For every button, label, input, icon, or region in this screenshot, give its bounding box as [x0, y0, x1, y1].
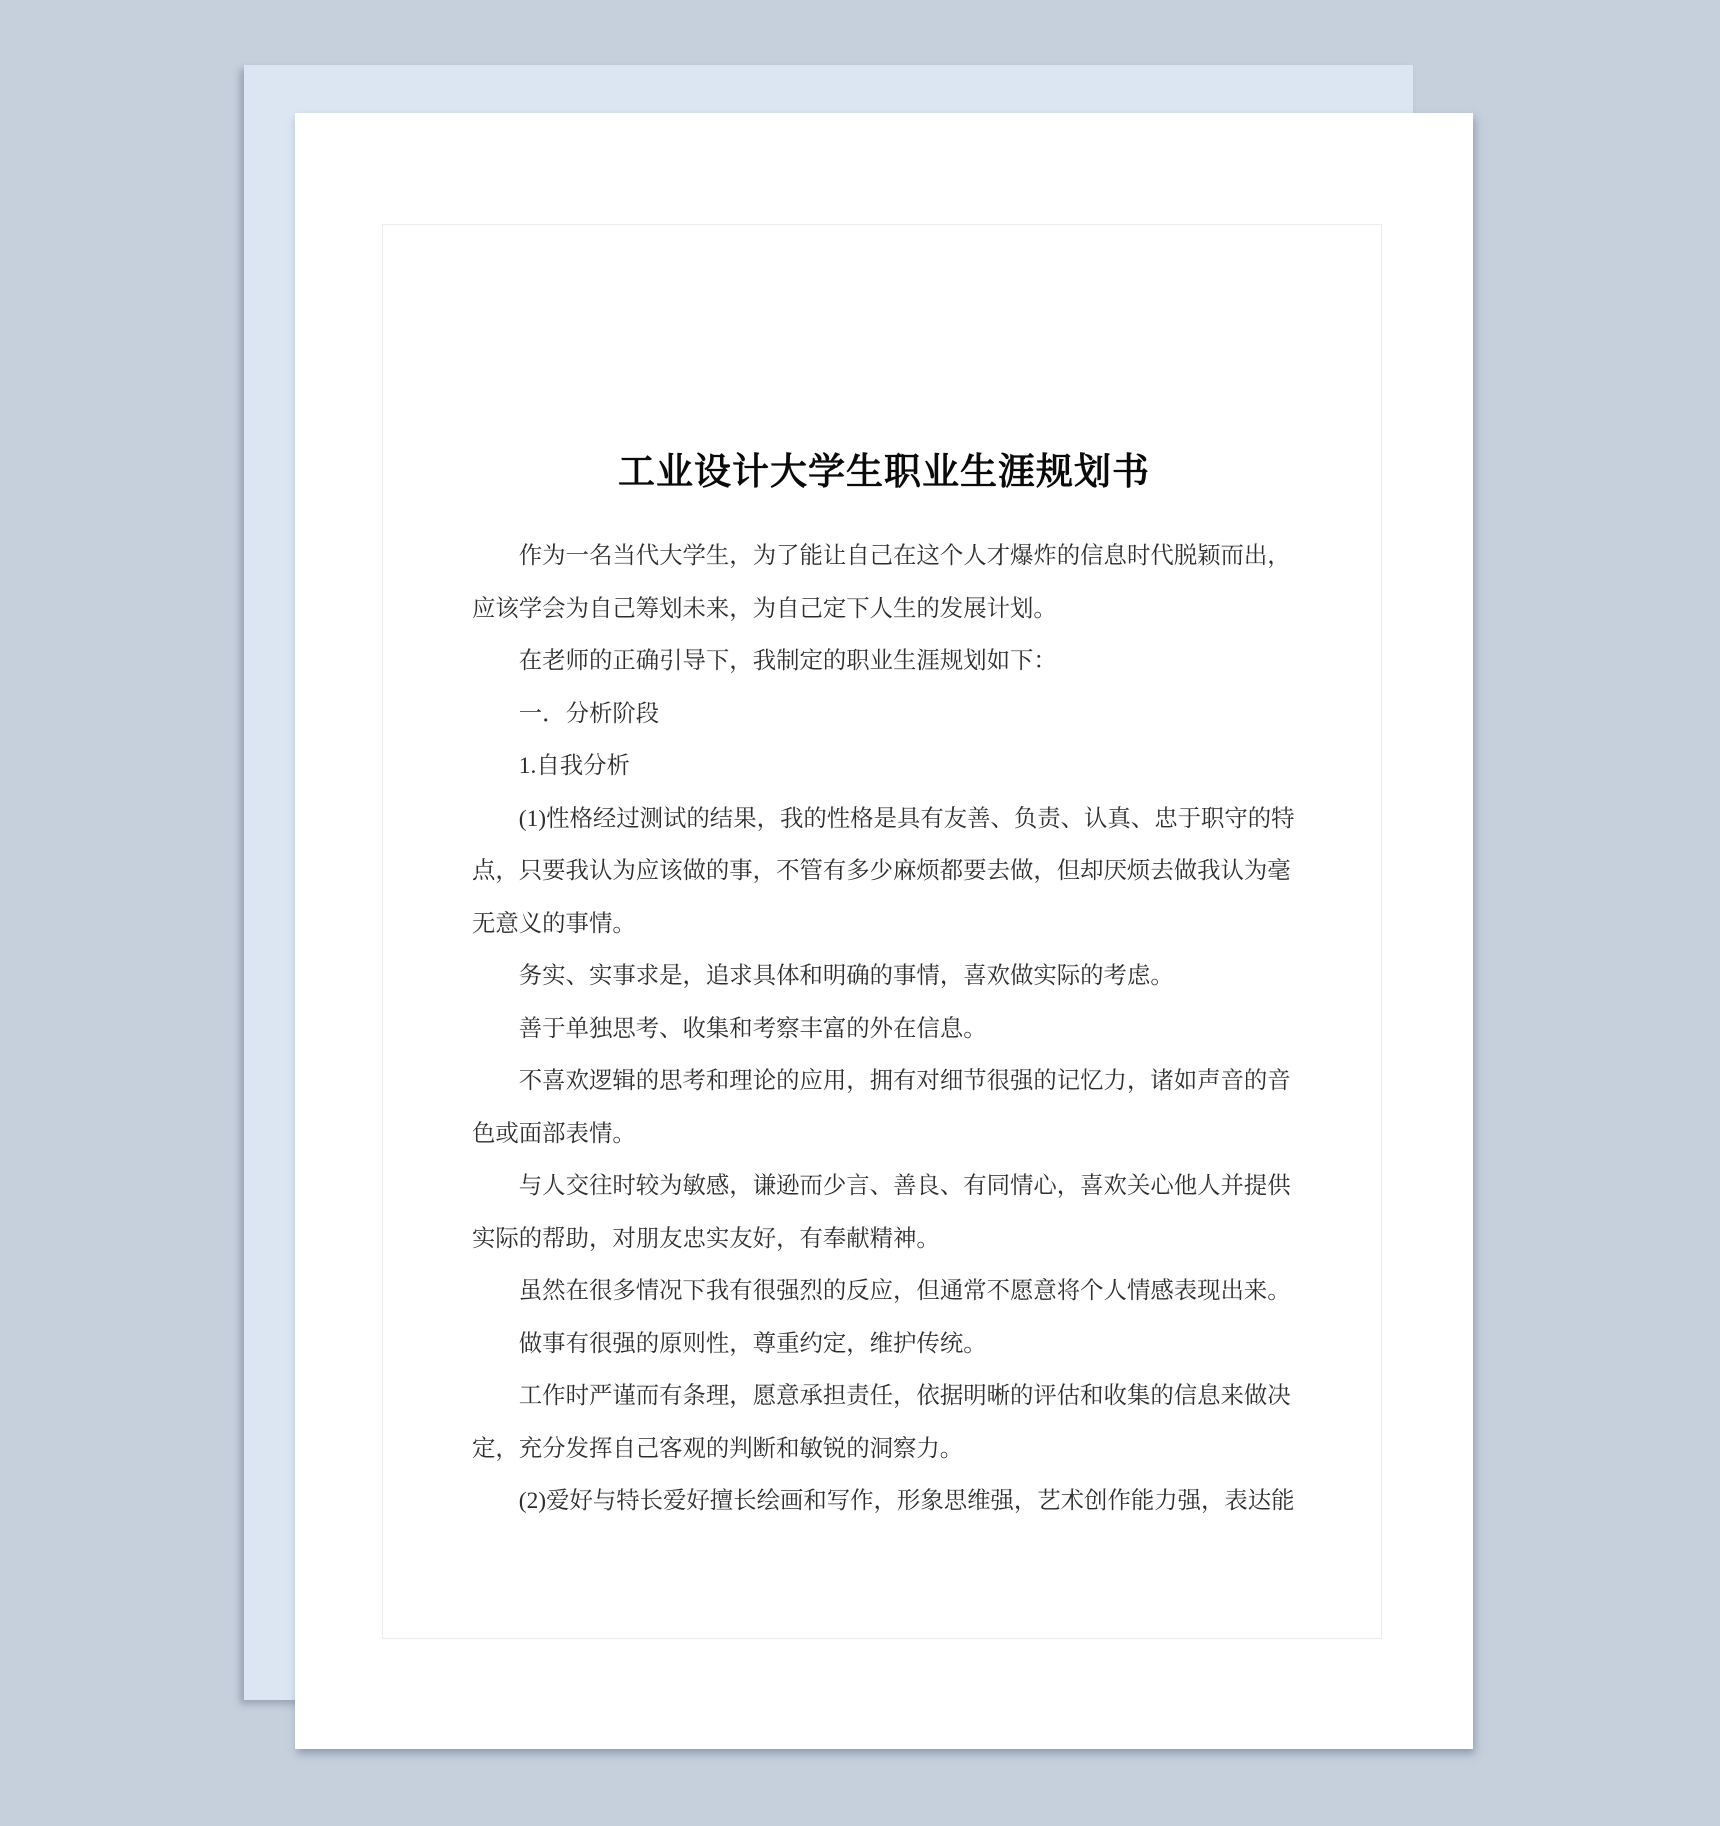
- document-line: 实际的帮助，对朋友忠实友好，有奉献精神。: [472, 1213, 1302, 1266]
- document-page: 工业设计大学生职业生涯规划书 作为一名当代大学生，为了能让自己在这个人才爆炸的信…: [295, 113, 1473, 1749]
- document-line: 做事有很强的原则性，尊重约定，维护传统。: [472, 1318, 1302, 1371]
- document-line: 工作时严谨而有条理，愿意承担责任，依据明晰的评估和收集的信息来做决: [472, 1370, 1302, 1423]
- document-line: 作为一名当代大学生，为了能让自己在这个人才爆炸的信息时代脱颖而出，: [472, 530, 1302, 583]
- document-line: 虽然在很多情况下我有很强烈的反应，但通常不愿意将个人情感表现出来。: [472, 1265, 1302, 1318]
- document-line: 定，充分发挥自己客观的判断和敏锐的洞察力。: [472, 1423, 1302, 1476]
- document-line: 善于单独思考、收集和考察丰富的外在信息。: [472, 1003, 1302, 1056]
- document-line: 1.自我分析: [472, 740, 1302, 793]
- document-line: 点，只要我认为应该做的事，不管有多少麻烦都要去做，但却厌烦去做我认为毫: [472, 845, 1302, 898]
- document-line: 无意义的事情。: [472, 898, 1302, 951]
- document-body-lines: 作为一名当代大学生，为了能让自己在这个人才爆炸的信息时代脱颖而出，应该学会为自己…: [472, 530, 1302, 1528]
- document-line: 色或面部表情。: [472, 1108, 1302, 1161]
- document-line: 在老师的正确引导下，我制定的职业生涯规划如下：: [472, 635, 1302, 688]
- document-title: 工业设计大学生职业生涯规划书: [472, 447, 1296, 499]
- document-line: 应该学会为自己筹划未来，为自己定下人生的发展计划。: [472, 583, 1302, 636]
- document-line: 一．分析阶段: [472, 688, 1302, 741]
- document-line: (2)爱好与特长爱好擅长绘画和写作，形象思维强，艺术创作能力强，表达能: [472, 1475, 1302, 1528]
- document-line: (1)性格经过测试的结果，我的性格是具有友善、负责、认真、忠于职守的特: [472, 793, 1302, 846]
- document-line: 务实、实事求是，追求具体和明确的事情，喜欢做实际的考虑。: [472, 950, 1302, 1003]
- document-line: 不喜欢逻辑的思考和理论的应用，拥有对细节很强的记忆力，诸如声音的音: [472, 1055, 1302, 1108]
- canvas: { "page": { "title": "工业设计大学生职业生涯规划书", "…: [0, 0, 1720, 1826]
- document-line: 与人交往时较为敏感，谦逊而少言、善良、有同情心，喜欢关心他人并提供: [472, 1160, 1302, 1213]
